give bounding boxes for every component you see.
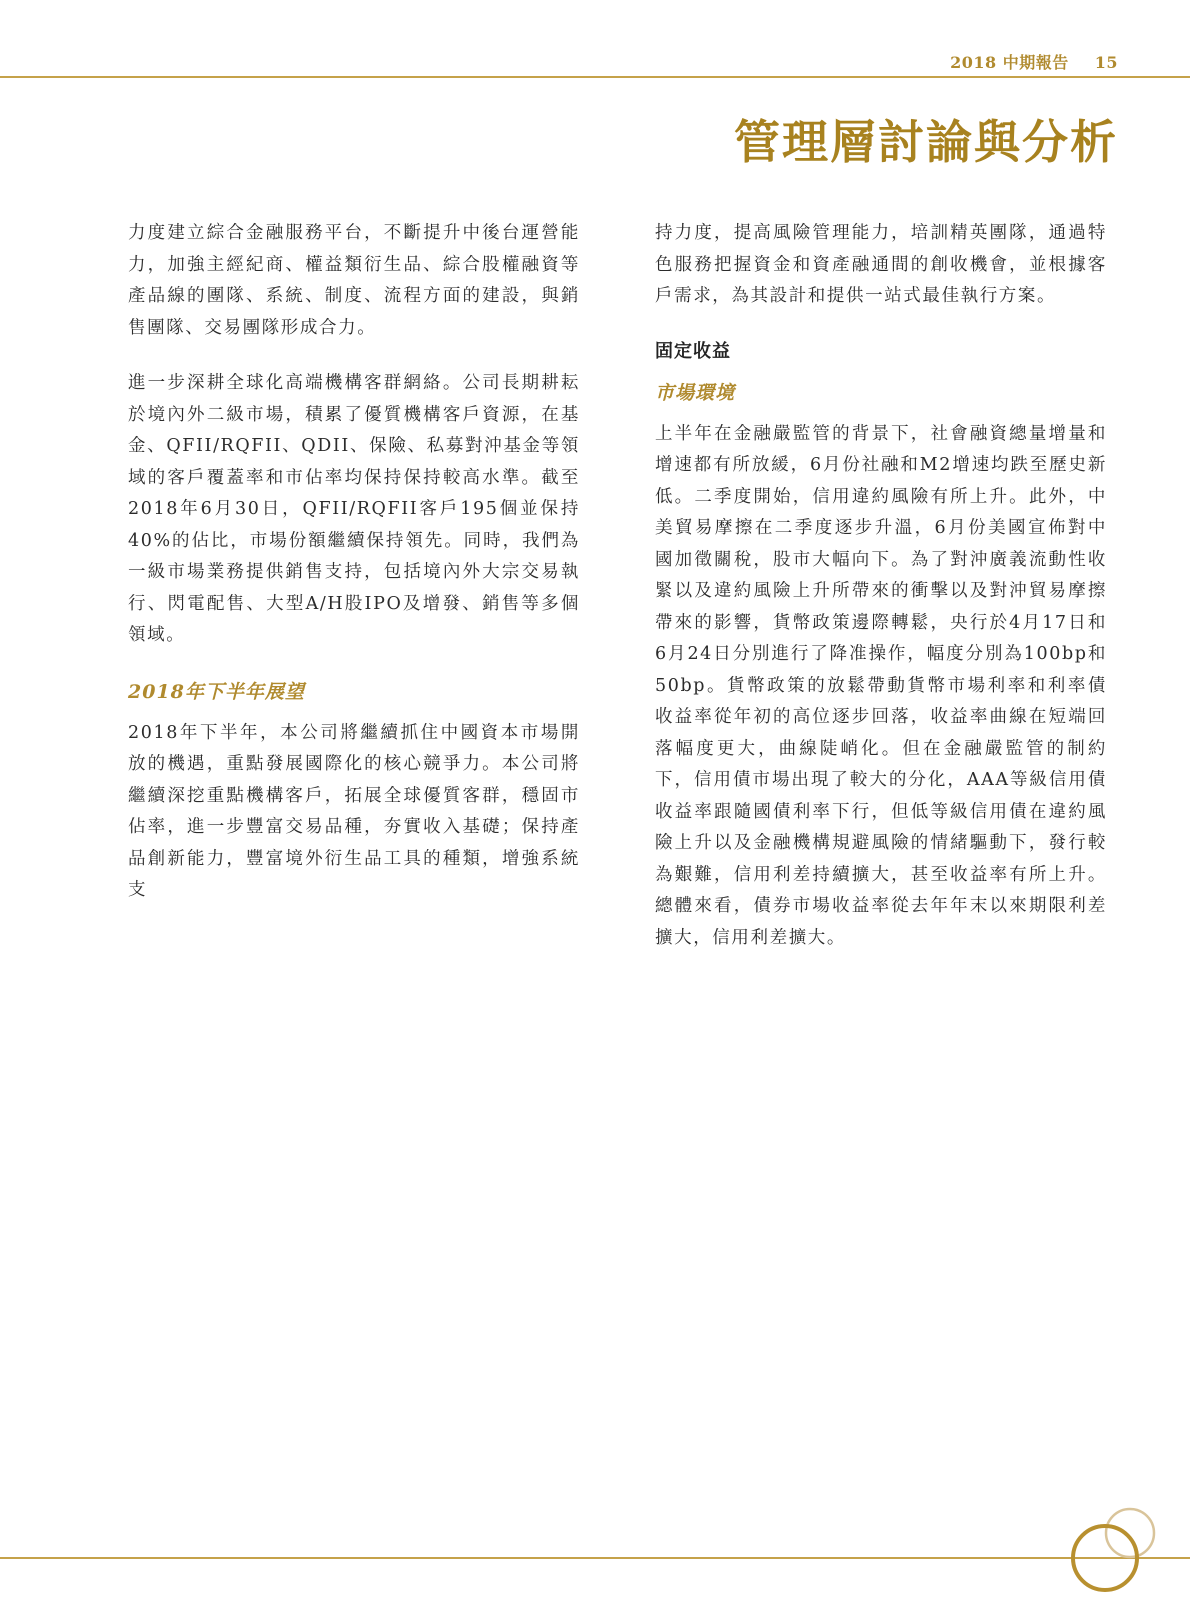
- left-column: 力度建立綜合金融服務平台，不斷提升中後台運營能力，加強主經紀商、權益類衍生品、綜…: [128, 218, 580, 931]
- header-rule: [0, 76, 1190, 78]
- footer-rule: [0, 1557, 1190, 1559]
- running-header: 2018 中期報告15: [950, 50, 1118, 73]
- page-number: 15: [1095, 53, 1118, 72]
- section-heading: 固定收益: [655, 337, 1107, 367]
- market-paragraph: 上半年在金融嚴監管的背景下，社會融資總量增量和增速都有所放緩，6月份社融和M2增…: [655, 419, 1107, 955]
- outlook-heading: 2018年下半年展望: [128, 676, 580, 708]
- outlook-paragraph: 2018年下半年，本公司將繼續抓住中國資本市場開放的機遇，重點發展國際化的核心競…: [128, 718, 580, 907]
- continuation-paragraph: 持力度，提高風險管理能力，培訓精英團隊，通過特色服務把握資金和資產融通間的創收機…: [655, 218, 1107, 313]
- right-column: 持力度，提高風險管理能力，培訓精英團隊，通過特色服務把握資金和資產融通間的創收機…: [655, 218, 1107, 978]
- sub-heading: 市場環境: [655, 377, 1107, 409]
- body-paragraph: 進一步深耕全球化高端機構客群網絡。公司長期耕耘於境內外二級市場，積累了優質機構客…: [128, 368, 580, 652]
- rings-ornament-icon: [1060, 1500, 1190, 1610]
- report-label: 2018 中期報告: [950, 53, 1069, 72]
- page-title: 管理層討論與分析: [734, 106, 1118, 172]
- body-paragraph: 力度建立綜合金融服務平台，不斷提升中後台運營能力，加強主經紀商、權益類衍生品、綜…: [128, 218, 580, 344]
